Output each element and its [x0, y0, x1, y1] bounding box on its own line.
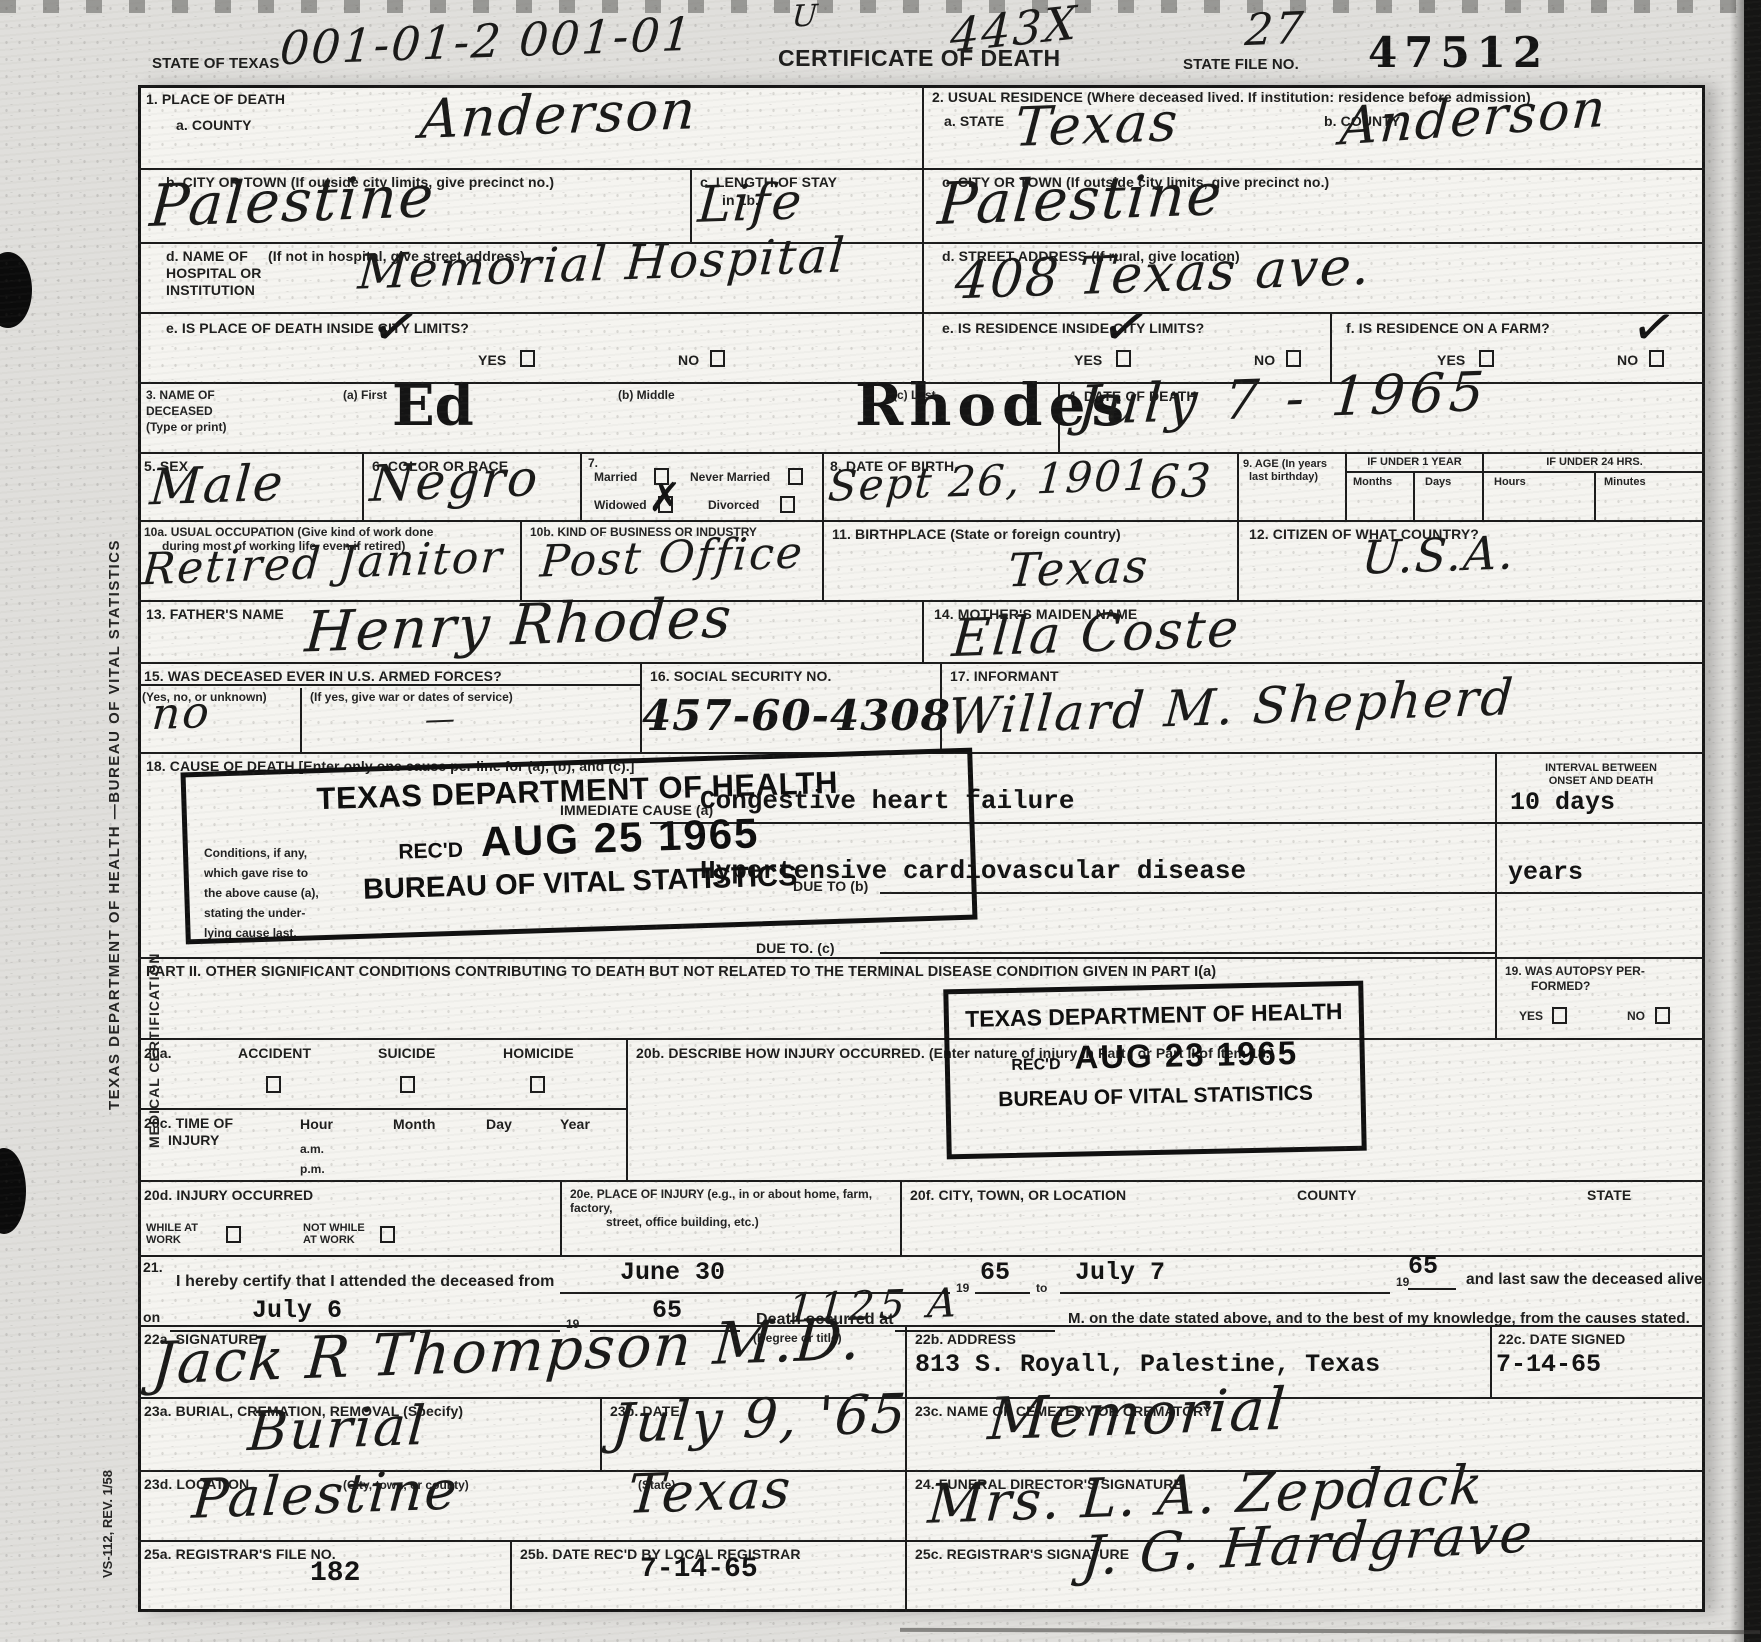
- birthplace-value: Texas: [1006, 542, 1150, 593]
- hospital-label-2: HOSPITAL OR: [166, 265, 261, 282]
- date-signed-value: 7-14-65: [1496, 1352, 1601, 1377]
- residence-city-limits-no-checkbox: [1286, 350, 1301, 367]
- no-label: NO: [1627, 1009, 1645, 1023]
- no-label: NO: [678, 352, 699, 369]
- cemetery-value: Memorial: [986, 1380, 1289, 1449]
- received-stamp-aug-25: TEXAS DEPARTMENT OF HEALTH REC'D AUG 25 …: [180, 748, 977, 945]
- while-at-work-label-1: WHILE AT: [146, 1222, 198, 1235]
- address-label: 22b. ADDRESS: [915, 1331, 1016, 1348]
- armed-forces-label: 15. WAS DECEASED EVER IN U.S. ARMED FORC…: [144, 668, 502, 685]
- stamp-recd-label: REC'D: [398, 839, 463, 865]
- check-mark-residence-farm-no: ✓: [1628, 299, 1680, 358]
- name-label-1: 3. NAME OF: [146, 388, 215, 402]
- interval-b-value: years: [1508, 860, 1583, 885]
- hours-minutes-divider: [1594, 472, 1596, 520]
- marital-status-cell: 7. Married Never Married Widowed Divorce…: [580, 452, 822, 520]
- yes-label: YES: [478, 352, 506, 369]
- armed-forces-divider: [300, 688, 302, 754]
- armed-forces-cell: 15. WAS DECEASED EVER IN U.S. ARMED FORC…: [138, 662, 640, 752]
- registrar-file-number-value: 182: [310, 1560, 360, 1588]
- time-of-injury-label-1: 20c. TIME OF: [144, 1115, 233, 1132]
- divorced-checkbox: [780, 496, 795, 513]
- stamp-date: AUG 25 1965: [480, 809, 760, 866]
- suicide-label: SUICIDE: [378, 1045, 436, 1062]
- pm-label: p.m.: [300, 1162, 325, 1176]
- place-city-limits-label: e. IS PLACE OF DEATH INSIDE CITY LIMITS?: [166, 320, 469, 337]
- day-label: Day: [486, 1116, 512, 1133]
- interval-header-2: ONSET AND DEATH: [1497, 775, 1705, 788]
- scan-edge-right: [1744, 0, 1761, 1642]
- father-name-value: Henry Rhodes: [303, 590, 735, 661]
- while-at-work-label-2: WORK: [146, 1234, 181, 1247]
- certify-text-pre: I hereby certify that I attended the dec…: [176, 1272, 554, 1292]
- if-under-1-year-header: IF UNDER 1 YEAR: [1347, 454, 1482, 473]
- accident-checkbox: [266, 1076, 281, 1093]
- hour-label: Hour: [300, 1116, 333, 1133]
- hospital-label-3: INSTITUTION: [166, 282, 255, 299]
- occupation-value: Retired Janitor: [141, 536, 506, 593]
- residence-city-value: Palestine: [936, 165, 1225, 233]
- death-certificate-scan: STATE OF TEXAS 001-01-2 001-01 U 443X 27…: [0, 0, 1761, 1642]
- injury-occurred-label: 20d. INJURY OCCURRED: [144, 1187, 313, 1204]
- injury-occurred-cell: 20d. INJURY OCCURRED WHILE AT WORK NOT W…: [138, 1180, 560, 1255]
- stamp-date: AUG 23 1965: [1074, 1034, 1299, 1077]
- while-at-work-checkbox: [226, 1226, 241, 1243]
- place-city-limits-yes-checkbox: [520, 350, 535, 367]
- name-label-3: (Type or print): [146, 420, 226, 434]
- first-name-value: Ed: [392, 378, 474, 434]
- accident-label: ACCIDENT: [238, 1045, 311, 1062]
- autopsy-no-checkbox: [1655, 1007, 1670, 1024]
- hours-label: Hours: [1494, 476, 1526, 489]
- marital-number-label: 7.: [588, 456, 598, 470]
- age-value: 63: [1148, 457, 1214, 505]
- check-mark-widowed: ✗: [648, 478, 682, 518]
- residence-farm-label: f. IS RESIDENCE ON A FARM?: [1346, 320, 1550, 337]
- date-signed-label: 22c. DATE SIGNED: [1498, 1331, 1625, 1348]
- if-under-24-hrs-cell: IF UNDER 24 HRS. Hours Minutes: [1482, 452, 1705, 520]
- interval-column-cell: INTERVAL BETWEEN ONSET AND DEATH: [1495, 752, 1705, 957]
- age-label-1: 9. AGE (In years: [1243, 458, 1327, 471]
- ssn-label: 16. SOCIAL SECURITY NO.: [650, 668, 832, 685]
- homicide-checkbox: [530, 1076, 545, 1093]
- scan-streak-bottom: [900, 1628, 1760, 1634]
- burial-location-state-value: Texas: [626, 1462, 794, 1522]
- business-industry-value: Post Office: [539, 531, 806, 584]
- hole-punch-top: [0, 252, 32, 328]
- certify-text-post1: and last saw the deceased alive: [1466, 1271, 1703, 1290]
- burial-date-value: July 9, '65: [610, 1387, 909, 1451]
- place-city-limits-cell: e. IS PLACE OF DEATH INSIDE CITY LIMITS?…: [138, 312, 922, 382]
- interval-rule-b: [1495, 892, 1705, 894]
- item-20a-label: 20a.: [144, 1045, 172, 1062]
- mother-name-value: Ella Coste: [950, 603, 1242, 665]
- informant-label: 17. INFORMANT: [950, 668, 1059, 685]
- place-of-injury-cell: 20e. PLACE OF INJURY (e.g., in or about …: [560, 1180, 900, 1255]
- attended-year1: 65: [980, 1260, 1010, 1285]
- place-of-injury-label-2: street, office building, etc.): [606, 1215, 759, 1229]
- autopsy-cell: 19. WAS AUTOPSY PER- FORMED? YES NO: [1495, 957, 1705, 1038]
- attended-year2: 65: [1408, 1254, 1438, 1279]
- months-label: Months: [1353, 476, 1392, 489]
- burial-location-city-value: Palestine: [190, 1463, 460, 1526]
- residence-city-limits-label: e. IS RESIDENCE INSIDE CITY LIMITS?: [942, 320, 1204, 337]
- married-label: Married: [594, 470, 637, 484]
- not-while-at-work-label-1: NOT WHILE: [303, 1222, 365, 1235]
- race-value: Negro: [368, 453, 541, 509]
- never-married-checkbox: [788, 468, 803, 485]
- time-rule: [895, 1330, 1055, 1332]
- date-received-value: 7-14-65: [640, 1556, 758, 1584]
- street-address-value: 408 Texas ave.: [953, 241, 1373, 308]
- stamp-line-3: BUREAU OF VITAL STATISTICS: [950, 1081, 1360, 1114]
- attended-to-date: July 7: [1075, 1260, 1165, 1285]
- am-label: a.m.: [300, 1142, 324, 1156]
- physician-address-value: 813 S. Royall, Palestine, Texas: [915, 1352, 1380, 1377]
- autopsy-yes-checkbox: [1552, 1007, 1567, 1024]
- not-while-at-work-checkbox: [380, 1226, 395, 1243]
- injury-state-label: STATE: [1587, 1187, 1631, 1204]
- stamp-line-1: TEXAS DEPARTMENT OF HEALTH: [949, 998, 1359, 1034]
- residence-state-value: Texas: [1013, 95, 1181, 155]
- place-of-injury-label-1: 20e. PLACE OF INJURY (e.g., in or about …: [570, 1187, 895, 1216]
- accident-suicide-homicide-cell: 20a. ACCIDENT SUICIDE HOMICIDE: [138, 1038, 626, 1108]
- cause-line-c-rule: [880, 952, 1495, 954]
- scan-edge-right-shadow: [1730, 0, 1744, 1642]
- middle-name-label: (b) Middle: [618, 388, 675, 402]
- county-label: a. COUNTY: [176, 117, 252, 134]
- armed-forces-underline: [140, 684, 640, 686]
- time-of-injury-label-2: INJURY: [168, 1132, 219, 1149]
- county-value: Anderson: [418, 83, 699, 147]
- received-stamp-aug-23: TEXAS DEPARTMENT OF HEALTH REC'D AUG 23 …: [943, 981, 1366, 1160]
- war-dates-value: —: [424, 704, 458, 735]
- time-of-injury-cell: 20c. TIME OF INJURY Hour Month Day Year …: [138, 1108, 626, 1180]
- place-city-limits-no-checkbox: [710, 350, 725, 367]
- month-label: Month: [393, 1116, 435, 1133]
- if-under-24-hrs-header: IF UNDER 24 HRS.: [1484, 454, 1705, 473]
- ssn-value: 457-60-4308: [642, 695, 951, 737]
- residence-state-label: a. STATE: [944, 113, 1004, 130]
- widowed-label: Widowed: [594, 498, 647, 512]
- due-to-c-label: DUE TO. (c): [756, 940, 835, 957]
- age-cell: 9. AGE (In years last birthday): [1237, 452, 1345, 520]
- margin-department-text: TEXAS DEPARTMENT OF HEALTH —BUREAU OF VI…: [106, 290, 123, 1110]
- sex-value: Male: [148, 458, 286, 513]
- age-label-2: last birthday): [1249, 471, 1318, 484]
- handwritten-file-code: 001-01-2 001-01: [279, 11, 695, 72]
- attended-from-date: June 30: [620, 1260, 725, 1285]
- armed-forces-value: no: [150, 691, 212, 737]
- not-while-at-work-label-2: AT WORK: [303, 1234, 355, 1247]
- yes-label: YES: [1519, 1009, 1543, 1023]
- place-of-death-title: 1. PLACE OF DEATH: [146, 91, 285, 108]
- armed-forces-sublabel-2: (If yes, give war or dates of service): [310, 690, 513, 704]
- year-label: Year: [560, 1116, 590, 1133]
- if-under-1-year-cell: IF UNDER 1 YEAR Months Days: [1345, 452, 1482, 520]
- name-label-2: DECEASED: [146, 404, 213, 418]
- never-married-label: Never Married: [690, 470, 770, 484]
- on-label: on: [143, 1309, 160, 1326]
- hole-punch-bottom: [0, 1148, 26, 1234]
- date-of-birth-value: Sept 26, 1901: [827, 454, 1154, 507]
- registrar-file-label: 25a. REGISTRAR'S FILE NO.: [144, 1546, 336, 1563]
- injury-city-cell: 20f. CITY, TOWN, OR LOCATION COUNTY STAT…: [900, 1180, 1705, 1255]
- to-date-rule: [1060, 1292, 1390, 1294]
- last-seen-date: July 6: [252, 1298, 342, 1323]
- part2-label: PART II. OTHER SIGNIFICANT CONDITIONS CO…: [146, 964, 1486, 982]
- scan-edge-top: [0, 0, 1761, 13]
- city-value: Palestine: [148, 167, 437, 235]
- date-of-death-value: July 7 - 1965: [1076, 365, 1490, 433]
- interval-rule-a: [1495, 822, 1705, 824]
- burial-value: Burial: [246, 1399, 429, 1459]
- autopsy-label-1: 19. WAS AUTOPSY PER-: [1505, 964, 1645, 978]
- first-name-label: (a) First: [343, 388, 387, 402]
- homicide-label: HOMICIDE: [503, 1045, 574, 1062]
- injury-county-label: COUNTY: [1297, 1187, 1357, 1204]
- stamp-recd-label: REC'D: [1011, 1056, 1061, 1075]
- autopsy-label-2: FORMED?: [1531, 979, 1590, 993]
- state-file-number-stamp: 47512: [1368, 32, 1549, 74]
- to-label: to: [1036, 1281, 1047, 1295]
- state-of-texas-label: STATE OF TEXAS: [152, 55, 280, 73]
- months-days-divider: [1413, 472, 1415, 520]
- year1-rule: [975, 1292, 1030, 1294]
- year2-rule: [1408, 1288, 1456, 1290]
- father-name-label: 13. FATHER'S NAME: [146, 606, 284, 623]
- length-of-stay-value: Life: [696, 176, 805, 230]
- handwritten-27: 27: [1243, 7, 1306, 53]
- days-label: Days: [1425, 476, 1451, 489]
- suicide-checkbox: [400, 1076, 415, 1093]
- hospital-label-1: d. NAME OF: [166, 248, 248, 265]
- interval-header-1: INTERVAL BETWEEN: [1497, 762, 1705, 775]
- interval-a-value: 10 days: [1510, 790, 1615, 815]
- item-21-label: 21.: [143, 1259, 163, 1276]
- minutes-label: Minutes: [1604, 476, 1646, 489]
- citizen-value: U.S.A.: [1360, 529, 1517, 580]
- margin-form-code: VS-112, REV. 1/58: [100, 1388, 115, 1578]
- state-file-no-label: STATE FILE NO.: [1183, 56, 1299, 74]
- injury-city-label: 20f. CITY, TOWN, OR LOCATION: [910, 1187, 1126, 1204]
- divorced-label: Divorced: [708, 498, 759, 512]
